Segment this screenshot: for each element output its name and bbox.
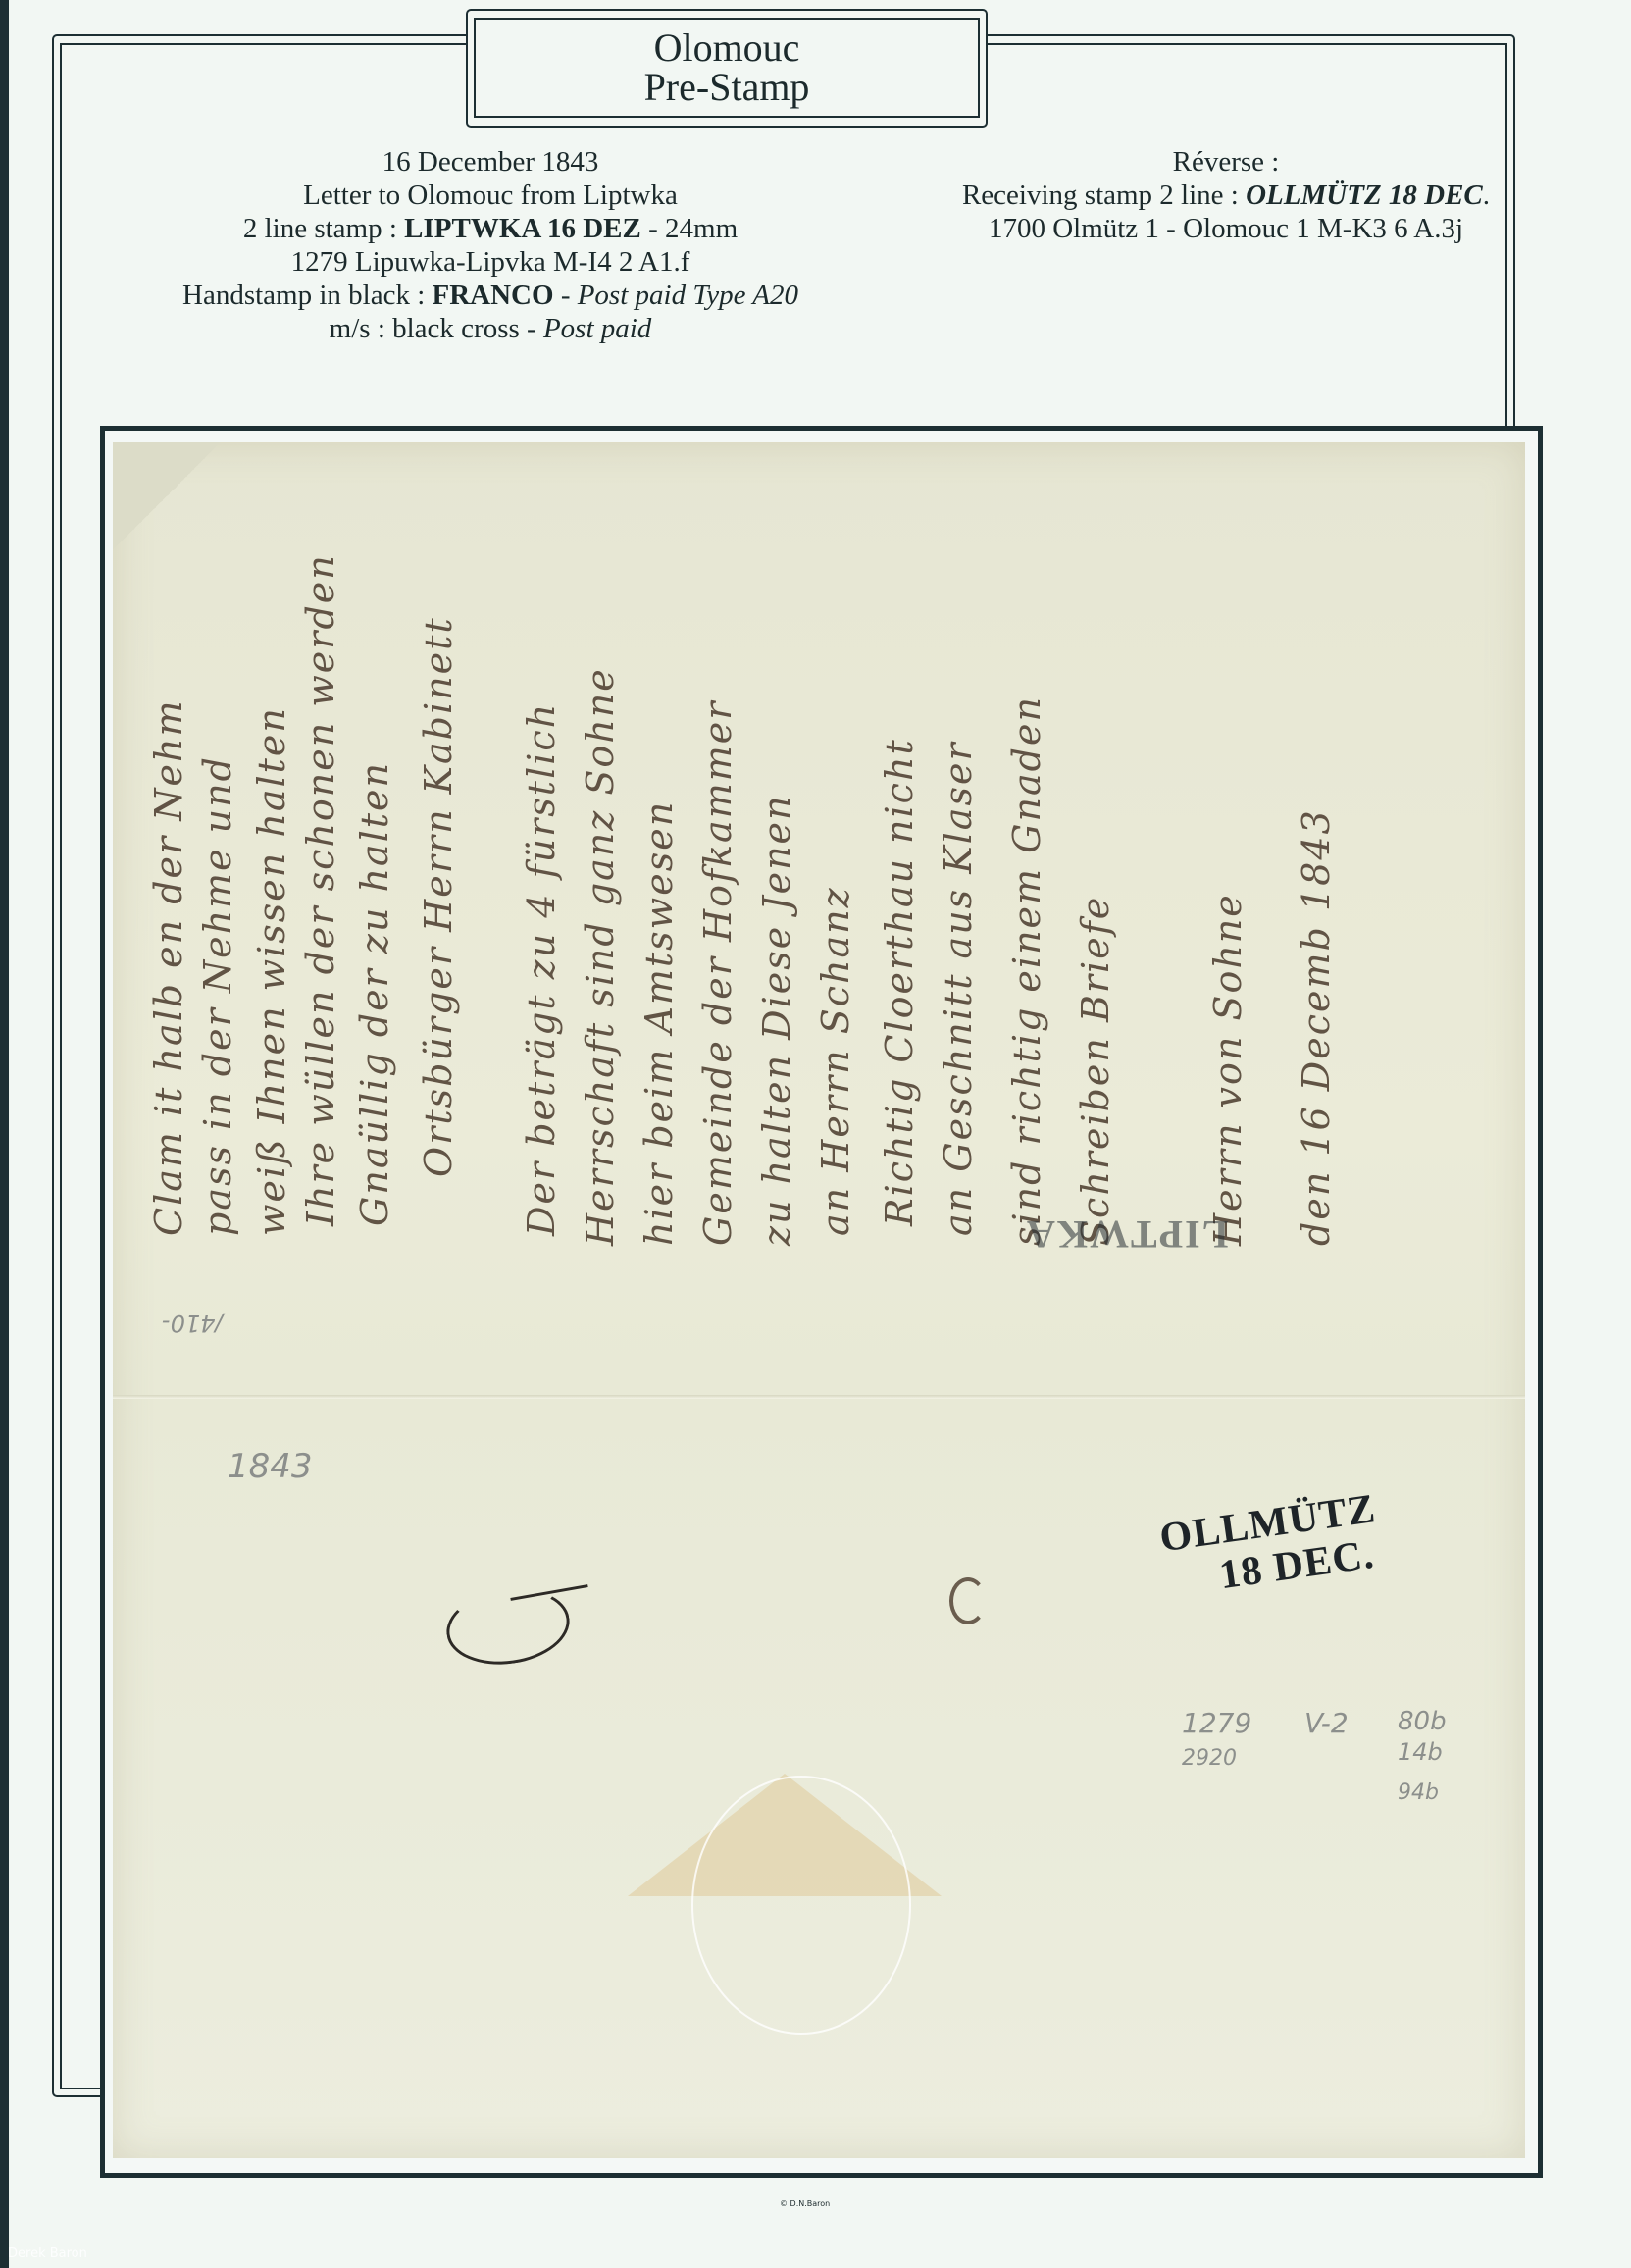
- scan-edge: [0, 0, 9, 2268]
- ink-mark: [949, 1577, 987, 1624]
- handwriting-line: zu halten Diese Jenen: [755, 794, 798, 1246]
- folded-corner: [113, 442, 221, 550]
- reverse-description: Réverse : Receiving stamp 2 line : OLLMÜ…: [824, 145, 1628, 245]
- embossed-seal-oval: [691, 1776, 911, 2035]
- reverse-catalog: 1700 Olmütz 1 - Olomouc 1 M-K3 6 A.3j: [824, 212, 1628, 245]
- handwriting-line: Gemeinde der Hofkammer: [696, 700, 739, 1246]
- pencil-note: 80b: [1398, 1707, 1447, 1736]
- handwriting-line: sind richtig einem Gnaden: [1005, 696, 1048, 1246]
- handwriting-line: an Geschnitt aus Klaser: [937, 741, 980, 1236]
- handwriting-line: Schreiben Briefe: [1074, 896, 1117, 1246]
- letter-route: Letter to Olomouc from Liptwka: [59, 179, 922, 212]
- letter-fold: [113, 1395, 1525, 1399]
- receiving-line: Receiving stamp 2 line : OLLMÜTZ 18 DEC.: [824, 179, 1628, 212]
- front-description: 16 December 1843 Letter to Olomouc from …: [59, 145, 922, 345]
- handwriting-line: Gnaüllig der zu halten: [353, 761, 396, 1226]
- pencil-note: 14b: [1398, 1738, 1443, 1766]
- handwriting-line: Ihre wüllen der schonen werden: [299, 553, 342, 1226]
- copyright: © D.N.Baron: [780, 2199, 830, 2208]
- receiving-stamp-text: OLLMÜTZ 18 DEC: [1246, 180, 1483, 211]
- stamp-text: LIPTWKA 16 DEZ: [404, 213, 641, 244]
- ms-meaning: Post paid: [543, 313, 651, 344]
- handstamp-type: - Post paid Type A20: [554, 280, 798, 311]
- pencil-left-note: /410-: [162, 1310, 224, 1337]
- ms-line: m/s : black cross - Post paid: [59, 312, 922, 345]
- letter-date: 16 December 1843: [59, 145, 922, 179]
- handwriting-line: Clam it halb en der Nehm: [147, 698, 190, 1236]
- liptwka-stamp-faint: LIPTWKA: [1025, 1211, 1228, 1258]
- title-box: Olomouc Pre-Stamp: [474, 18, 980, 118]
- page-title: Olomouc: [654, 28, 800, 68]
- receiving-suffix: .: [1483, 180, 1490, 211]
- pencil-note: 94b: [1398, 1780, 1439, 1805]
- handwriting-line: Ortsbürger Herrn Kabinett: [417, 616, 460, 1177]
- front-catalog: 1279 Lipuwka-Lipvka M-I4 2 A1.f: [59, 245, 922, 279]
- page-subtitle: Pre-Stamp: [644, 68, 810, 107]
- handwriting-line: weiß Ihnen wissen halten: [250, 706, 293, 1236]
- pencil-note: V-2: [1304, 1707, 1349, 1739]
- pencil-note: 1279: [1182, 1707, 1251, 1739]
- handwriting-line: Richtig Cloerthau nicht: [878, 738, 921, 1226]
- pencil-note: 2920: [1182, 1746, 1237, 1771]
- handwriting-line: pass in der Nehme und: [196, 755, 239, 1236]
- handwriting-line: Herrschaft sind ganz Sohne: [579, 667, 622, 1246]
- handwriting-line: den 16 Decemb 1843: [1295, 808, 1338, 1246]
- pencil-year: 1843: [228, 1447, 313, 1486]
- handwriting-line: Herrn von Sohne: [1206, 893, 1249, 1246]
- handwriting-line: Der beträgt zu 4 fürstlich: [520, 702, 563, 1236]
- handstamp-line: Handstamp in black : FRANCO - Post paid …: [59, 279, 922, 312]
- watermark: Derek Baron: [8, 2246, 87, 2261]
- reverse-heading: Réverse :: [824, 145, 1628, 179]
- stamp-size: - 24mm: [641, 213, 738, 244]
- handwriting-line: an Herrn Schanz: [814, 886, 857, 1236]
- stamp-label: 2 line stamp :: [243, 213, 404, 244]
- handwriting-line: hier beim Amtswesen: [637, 800, 681, 1246]
- handstamp-text: FRANCO: [433, 280, 554, 311]
- receiving-label: Receiving stamp 2 line :: [962, 180, 1246, 211]
- ms-label: m/s : black cross -: [330, 313, 543, 344]
- handstamp-label: Handstamp in black :: [182, 280, 433, 311]
- stamp-line: 2 line stamp : LIPTWKA 16 DEZ - 24mm: [59, 212, 922, 245]
